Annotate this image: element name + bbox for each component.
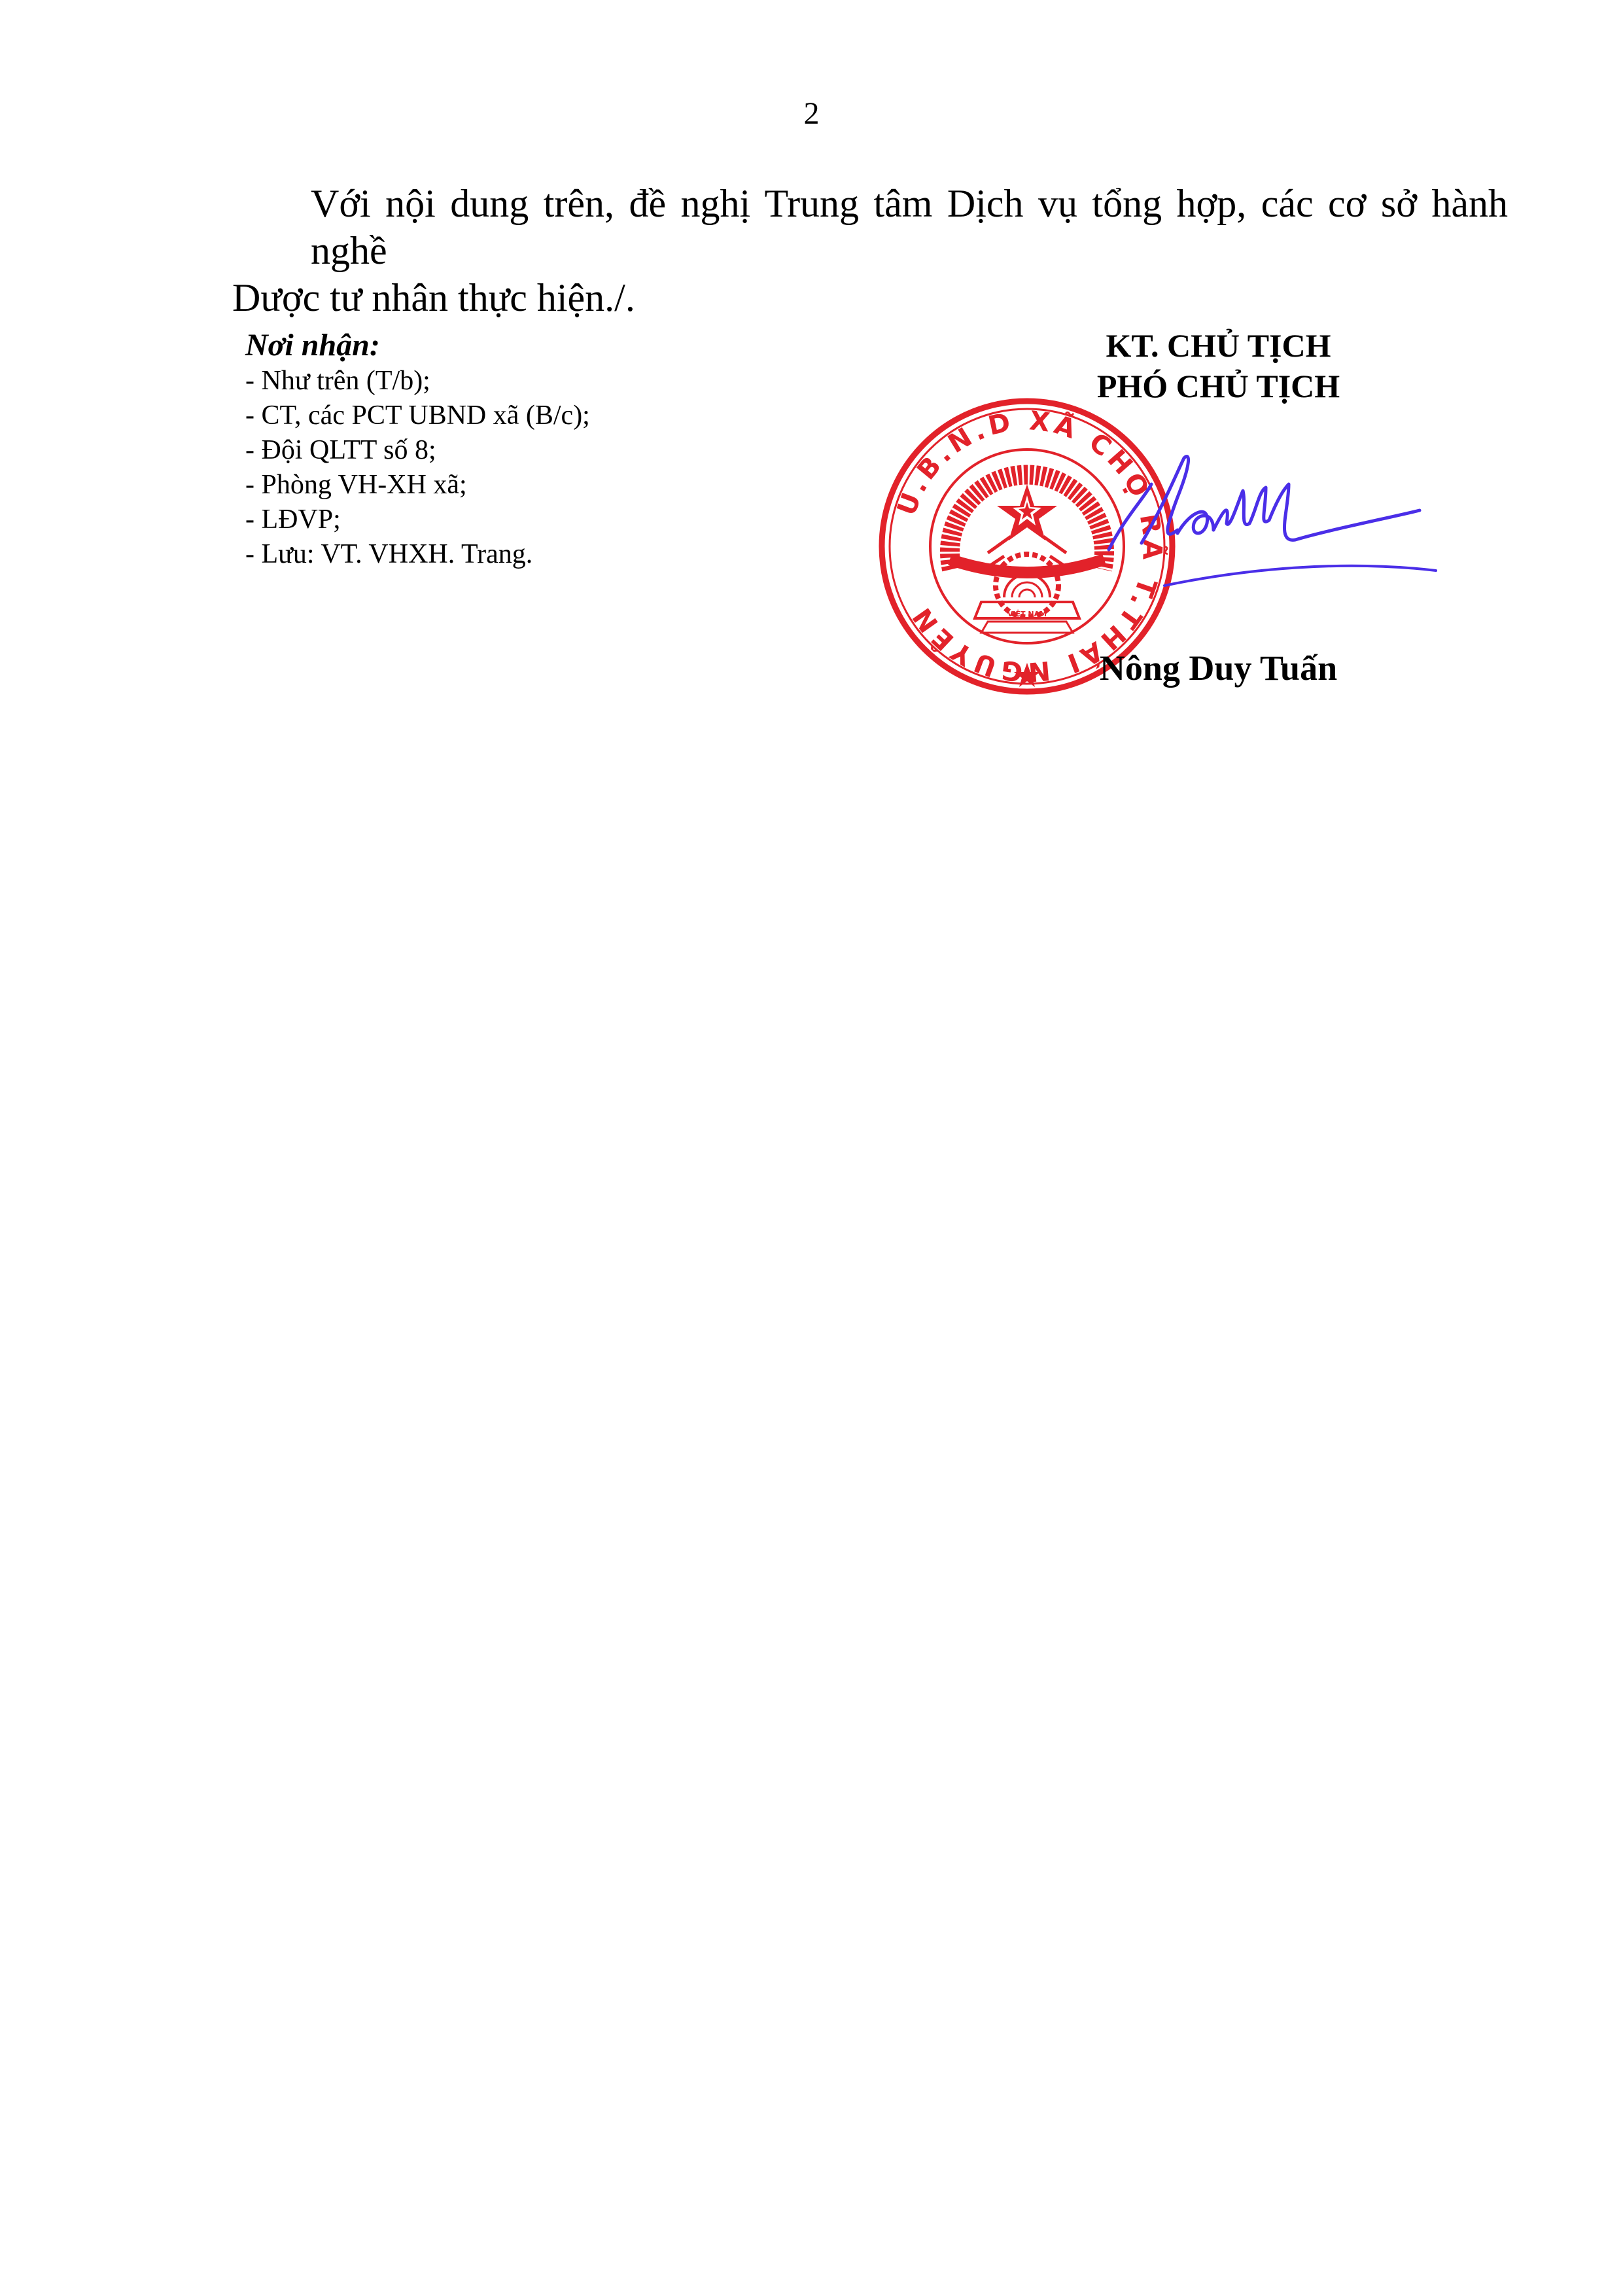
signer-name: Nông Duy Tuấn <box>1047 648 1390 688</box>
recipients-heading: Nơi nhận: <box>245 327 590 364</box>
signer-title-1: KT. CHỦ TỊCH <box>1047 325 1390 366</box>
stamp-emblem-text: VIỆT NAM <box>1007 610 1047 618</box>
body-paragraph: Với nội dung trên, đề nghị Trung tâm Dịc… <box>232 180 1508 321</box>
recipients-list: - Như trên (T/b); - CT, các PCT UBND xã … <box>245 364 590 572</box>
recipient-item: - LĐVP; <box>245 503 590 537</box>
recipient-item: - CT, các PCT UBND xã (B/c); <box>245 398 590 433</box>
recipient-item: - Lưu: VT. VHXH. Trang. <box>245 537 590 572</box>
body-line-1: Với nội dung trên, đề nghị Trung tâm Dịc… <box>232 180 1508 274</box>
page-number: 2 <box>0 98 1623 130</box>
recipients-block: Nơi nhận: - Như trên (T/b); - CT, các PC… <box>245 327 590 572</box>
recipient-item: - Phòng VH-XH xã; <box>245 468 590 503</box>
handwritten-signature-icon <box>1079 445 1459 595</box>
recipient-item: - Đội QLTT số 8; <box>245 433 590 468</box>
recipient-item: - Như trên (T/b); <box>245 364 590 398</box>
body-line-2: Dược tư nhân thực hiện./. <box>232 274 1508 321</box>
